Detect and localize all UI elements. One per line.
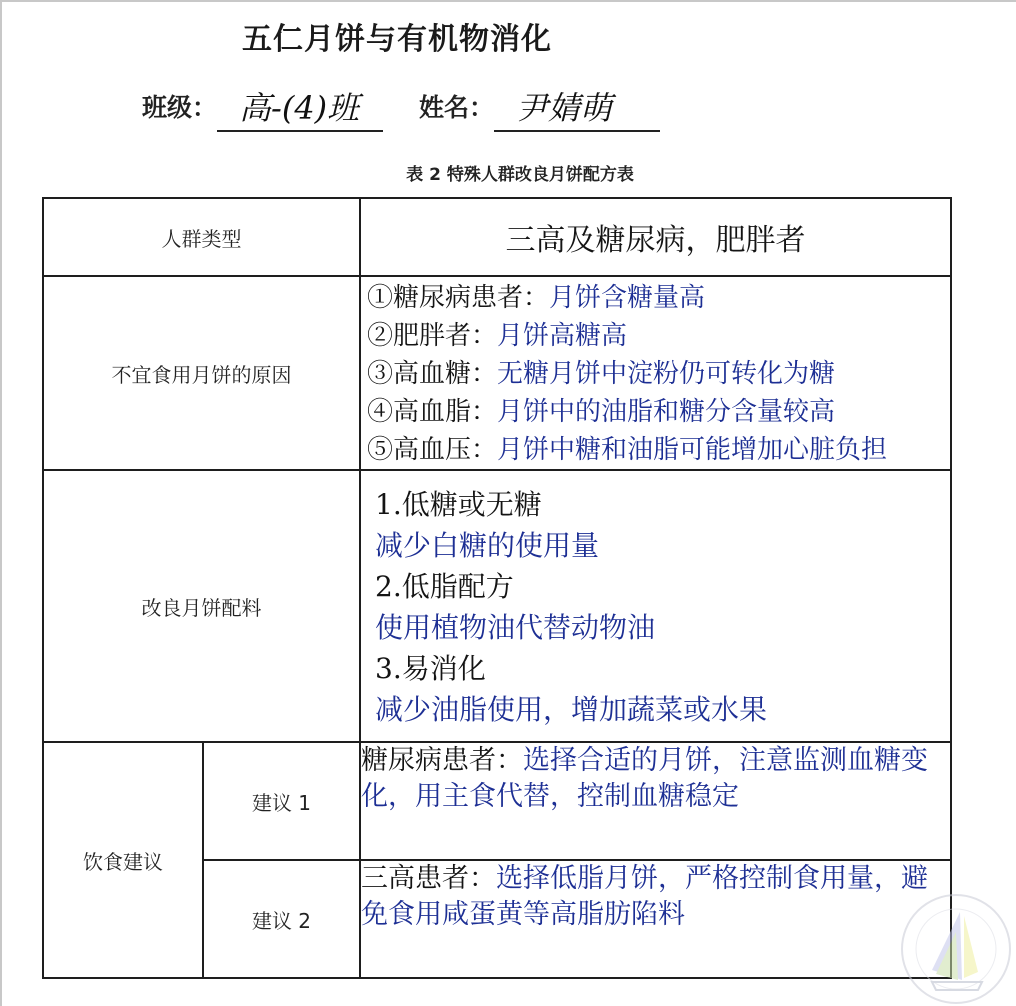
improvements-label: 改良月饼配料	[142, 596, 262, 620]
improvement-detail: 减少油脂使用，增加蔬菜或水果	[375, 689, 950, 730]
school-seal-icon	[898, 892, 1014, 1006]
advice-1-prefix: 糖尿病患者：	[361, 745, 523, 776]
list-item: ③高血糖：无糖月饼中淀粉仍可转化为糖	[367, 355, 950, 393]
improvement-detail: 使用植物油代替动物油	[375, 607, 950, 648]
table-row-reasons: 不宜食用月饼的原因 ①糖尿病患者：月饼含糖量高 ②肥胖者：月饼高糖高 ③高血糖：…	[43, 276, 951, 470]
class-field[interactable]: 高-(4)班	[217, 86, 383, 132]
reasons-value-cell[interactable]: ①糖尿病患者：月饼含糖量高 ②肥胖者：月饼高糖高 ③高血糖：无糖月饼中淀粉仍可转…	[360, 276, 951, 470]
student-info-row: 班级： 高-(4)班 姓名： 尹婧萌	[142, 82, 660, 132]
improvement-heading: 2.低脂配方	[375, 566, 950, 607]
list-item: ①糖尿病患者：月饼含糖量高	[367, 279, 950, 317]
table-caption: 表 2 特殊人群改良月饼配方表	[2, 160, 1016, 185]
document-title: 五仁月饼与有机物消化	[242, 14, 552, 58]
name-field[interactable]: 尹婧萌	[494, 86, 660, 132]
reasons-label-cell: 不宜食用月饼的原因	[43, 276, 360, 470]
advice-2-value-cell[interactable]: 三高患者：选择低脂月饼，严格控制食用量，避免食用咸蛋黄等高脂肪陷料	[360, 860, 951, 978]
advice-1-value-cell[interactable]: 糖尿病患者：选择合适的月饼，注意监测血糖变化，用主食代替，控制血糖稳定	[360, 742, 951, 860]
class-label: 班级：	[142, 88, 217, 124]
advice-1-label-cell: 建议 1	[203, 742, 360, 860]
reasons-list: ①糖尿病患者：月饼含糖量高 ②肥胖者：月饼高糖高 ③高血糖：无糖月饼中淀粉仍可转…	[361, 277, 950, 469]
header-value: 三高及糖尿病，肥胖者	[506, 223, 806, 258]
advice-label-cell: 饮食建议	[43, 742, 203, 978]
improvement-heading: 3.易消化	[375, 648, 950, 689]
list-item: ⑤高血压：月饼中糖和油脂可能增加心脏负担	[367, 431, 950, 469]
header-label: 人群类型	[162, 227, 242, 251]
table-row-improvements: 改良月饼配料 1.低糖或无糖 减少白糖的使用量 2.低脂配方 使用植物油代替动物…	[43, 470, 951, 742]
header-label-cell: 人群类型	[43, 198, 360, 276]
improvements-value-cell[interactable]: 1.低糖或无糖 减少白糖的使用量 2.低脂配方 使用植物油代替动物油 3.易消化…	[360, 470, 951, 742]
improvements-label-cell: 改良月饼配料	[43, 470, 360, 742]
improvement-heading: 1.低糖或无糖	[375, 484, 950, 525]
reasons-label: 不宜食用月饼的原因	[112, 363, 292, 387]
advice-label: 饮食建议	[83, 850, 163, 874]
list-item: ④高血脂：月饼中的油脂和糖分含量较高	[367, 393, 950, 431]
table-row-header: 人群类型 三高及糖尿病，肥胖者	[43, 198, 951, 276]
advice-2-label: 建议 2	[252, 909, 311, 933]
advice-1-label: 建议 1	[252, 791, 311, 815]
table-row-advice-1: 饮食建议 建议 1 糖尿病患者：选择合适的月饼，注意监测血糖变化，用主食代替，控…	[43, 742, 951, 860]
name-label: 姓名：	[419, 88, 494, 124]
header-value-cell[interactable]: 三高及糖尿病，肥胖者	[360, 198, 951, 276]
advice-2-prefix: 三高患者：	[361, 863, 496, 894]
list-item: ②肥胖者：月饼高糖高	[367, 317, 950, 355]
recipe-table: 人群类型 三高及糖尿病，肥胖者 不宜食用月饼的原因 ①糖尿病患者：月饼含糖量高 …	[42, 197, 952, 979]
improvements-list: 1.低糖或无糖 减少白糖的使用量 2.低脂配方 使用植物油代替动物油 3.易消化…	[361, 476, 950, 736]
improvement-detail: 减少白糖的使用量	[375, 525, 950, 566]
advice-2-label-cell: 建议 2	[203, 860, 360, 978]
